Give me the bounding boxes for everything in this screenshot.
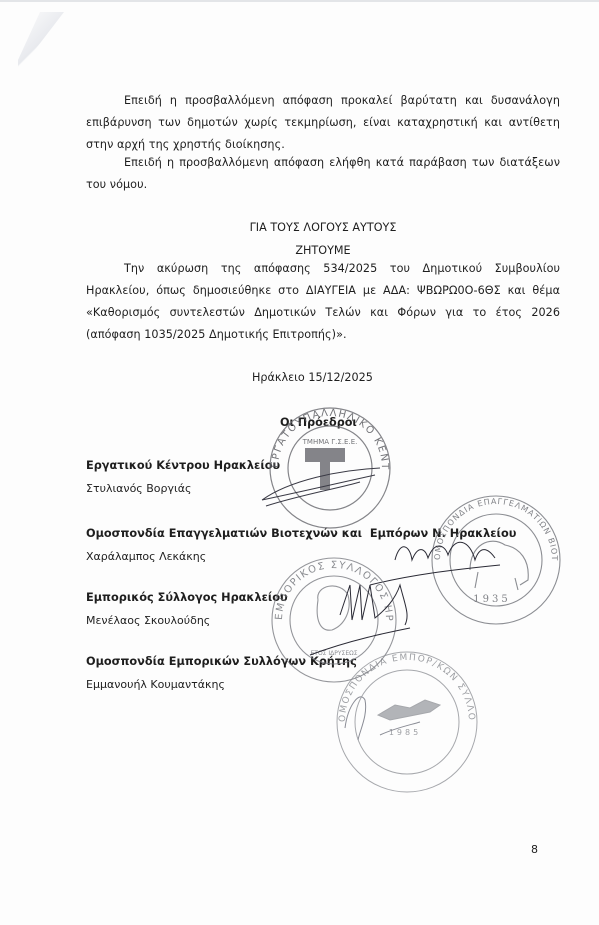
paragraph-law-violation: Επειδή η προσβαλλόμενη απόφαση ελήφθη κα…	[86, 152, 560, 196]
svg-text:1935: 1935	[473, 594, 510, 605]
folded-corner	[18, 12, 64, 72]
signatory-name: Εμμανουήλ Κουμαντάκης	[86, 678, 357, 691]
heading-reasons: ΓΙΑ ΤΟΥΣ ΛΟΓΟΥΣ ΑΥΤΟΥΣ	[86, 221, 560, 234]
signatory-labor-center: Εργατικού Κέντρου Ηρακλείου Στυλιανός Βο…	[86, 459, 280, 495]
scan-edge	[0, 0, 599, 2]
signatory-crete-federation: Ομοσπονδία Εμπορικών Συλλόγων Κρήτης Εμμ…	[86, 655, 357, 691]
signatory-organization: Εργατικού Κέντρου Ηρακλείου	[86, 459, 280, 472]
place-date: Ηράκλειο 15/12/2025	[252, 371, 402, 384]
signatory-professionals-federation: Ομοσπονδία Επαγγελματιών Βιοτεχνών και Ε…	[86, 527, 516, 563]
svg-text:ΕΡΓΑΤΟΥΠΑΛΛΗΛΙΚΟ ΚΕΝΤΡΟ ΗΡΑΚΛΕ: ΕΡΓΑΤΟΥΠΑΛΛΗΛΙΚΟ ΚΕΝΤΡΟ ΗΡΑΚΛΕΙΟΥ	[0, 0, 390, 471]
svg-text:ΤΜΗΜΑ Γ.Σ.Ε.Ε.: ΤΜΗΜΑ Γ.Σ.Ε.Ε.	[302, 438, 358, 446]
signatory-name: Μενέλαος Σκουλούδης	[86, 614, 288, 627]
signatories-heading: Οι Πρόεδροι	[280, 416, 400, 429]
paragraph-arbitrary: Επειδή η προσβαλλόμενη απόφαση προκαλεί …	[86, 90, 560, 156]
heading-request: ΖΗΤΟΥΜΕ	[86, 244, 560, 257]
signatory-organization: Ομοσπονδία Επαγγελματιών Βιοτεχνών και Ε…	[86, 527, 516, 540]
signature-koumantakis	[345, 697, 420, 740]
document-page: Επειδή η προσβαλλόμενη απόφαση προκαλεί …	[0, 0, 599, 925]
signatory-name: Στυλιανός Βοργιάς	[86, 482, 280, 495]
signature-skouloudis	[310, 585, 410, 655]
signatory-organization: Εμπορικός Σύλλογος Ηρακλείου	[86, 591, 288, 604]
page-number: 8	[531, 843, 538, 856]
signatory-name: Χαράλαμπος Λεκάκης	[86, 550, 516, 563]
svg-text:1985: 1985	[389, 728, 421, 737]
signatory-commercial-association: Εμπορικός Σύλλογος Ηρακλείου Μενέλαος Σκ…	[86, 591, 288, 627]
signatory-organization: Ομοσπονδία Εμπορικών Συλλόγων Κρήτης	[86, 655, 357, 668]
request-paragraph: Την ακύρωση της απόφασης 534/2025 του Δη…	[86, 258, 560, 346]
